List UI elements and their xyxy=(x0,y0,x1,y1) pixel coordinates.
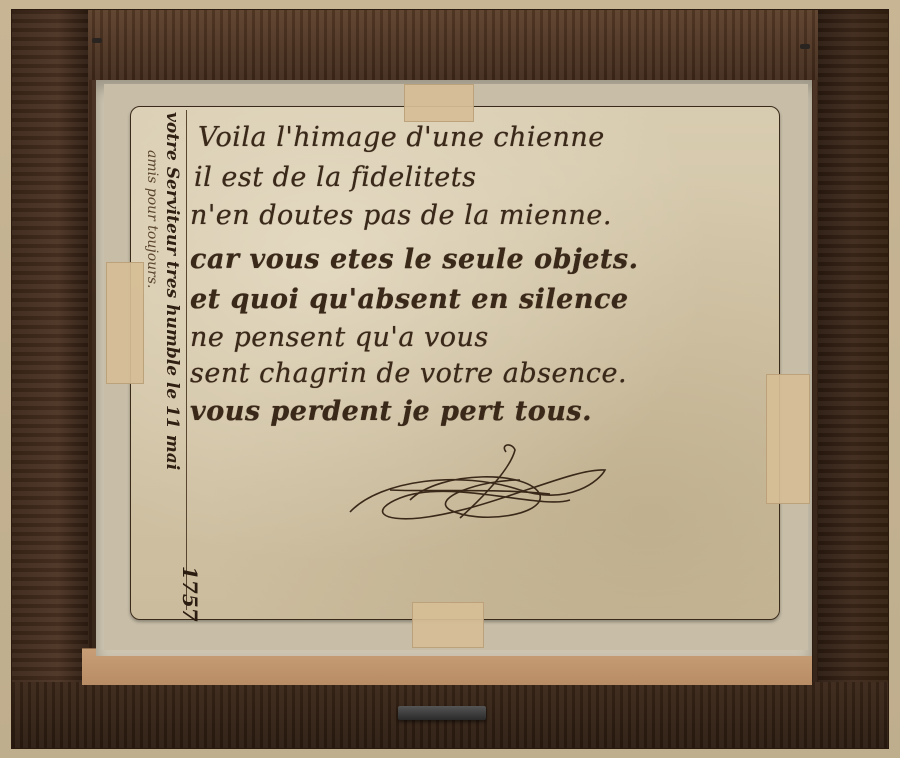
frame-top-rail xyxy=(12,10,888,80)
frame-right-stile xyxy=(818,10,888,748)
note-line-1: Voila l'himage d'une chienne xyxy=(198,122,605,153)
note-line-8: vous perdent je pert tous. xyxy=(190,396,592,427)
frame-left-stile xyxy=(12,10,88,748)
note-line-7: sent chagrin de votre absence. xyxy=(190,358,627,389)
note-line-5: et quoi qu'absent en silence xyxy=(190,284,629,315)
tape-bottom xyxy=(412,602,484,648)
date-1757: 1757 xyxy=(178,566,202,622)
tape-left xyxy=(106,262,144,384)
margin-text-line-1: votre Serviteur tres humble le 11 mai xyxy=(162,112,182,470)
tape-right xyxy=(766,374,810,504)
margin-text-line-2: amis pour toujours. xyxy=(144,150,160,288)
hanger-bracket-icon xyxy=(398,706,486,720)
tape-top xyxy=(404,84,474,122)
nail-icon xyxy=(800,44,810,49)
note-line-3: n'en doutes pas de la mienne. xyxy=(190,200,612,231)
nail-icon xyxy=(92,38,102,43)
margin-rule xyxy=(186,110,187,610)
signature-flourish-icon xyxy=(340,440,620,540)
note-line-4: car vous etes le seule objets. xyxy=(190,244,639,275)
note-line-2: il est de la fidelitets xyxy=(194,162,476,193)
note-line-6: ne pensent qu'a vous xyxy=(190,322,489,353)
